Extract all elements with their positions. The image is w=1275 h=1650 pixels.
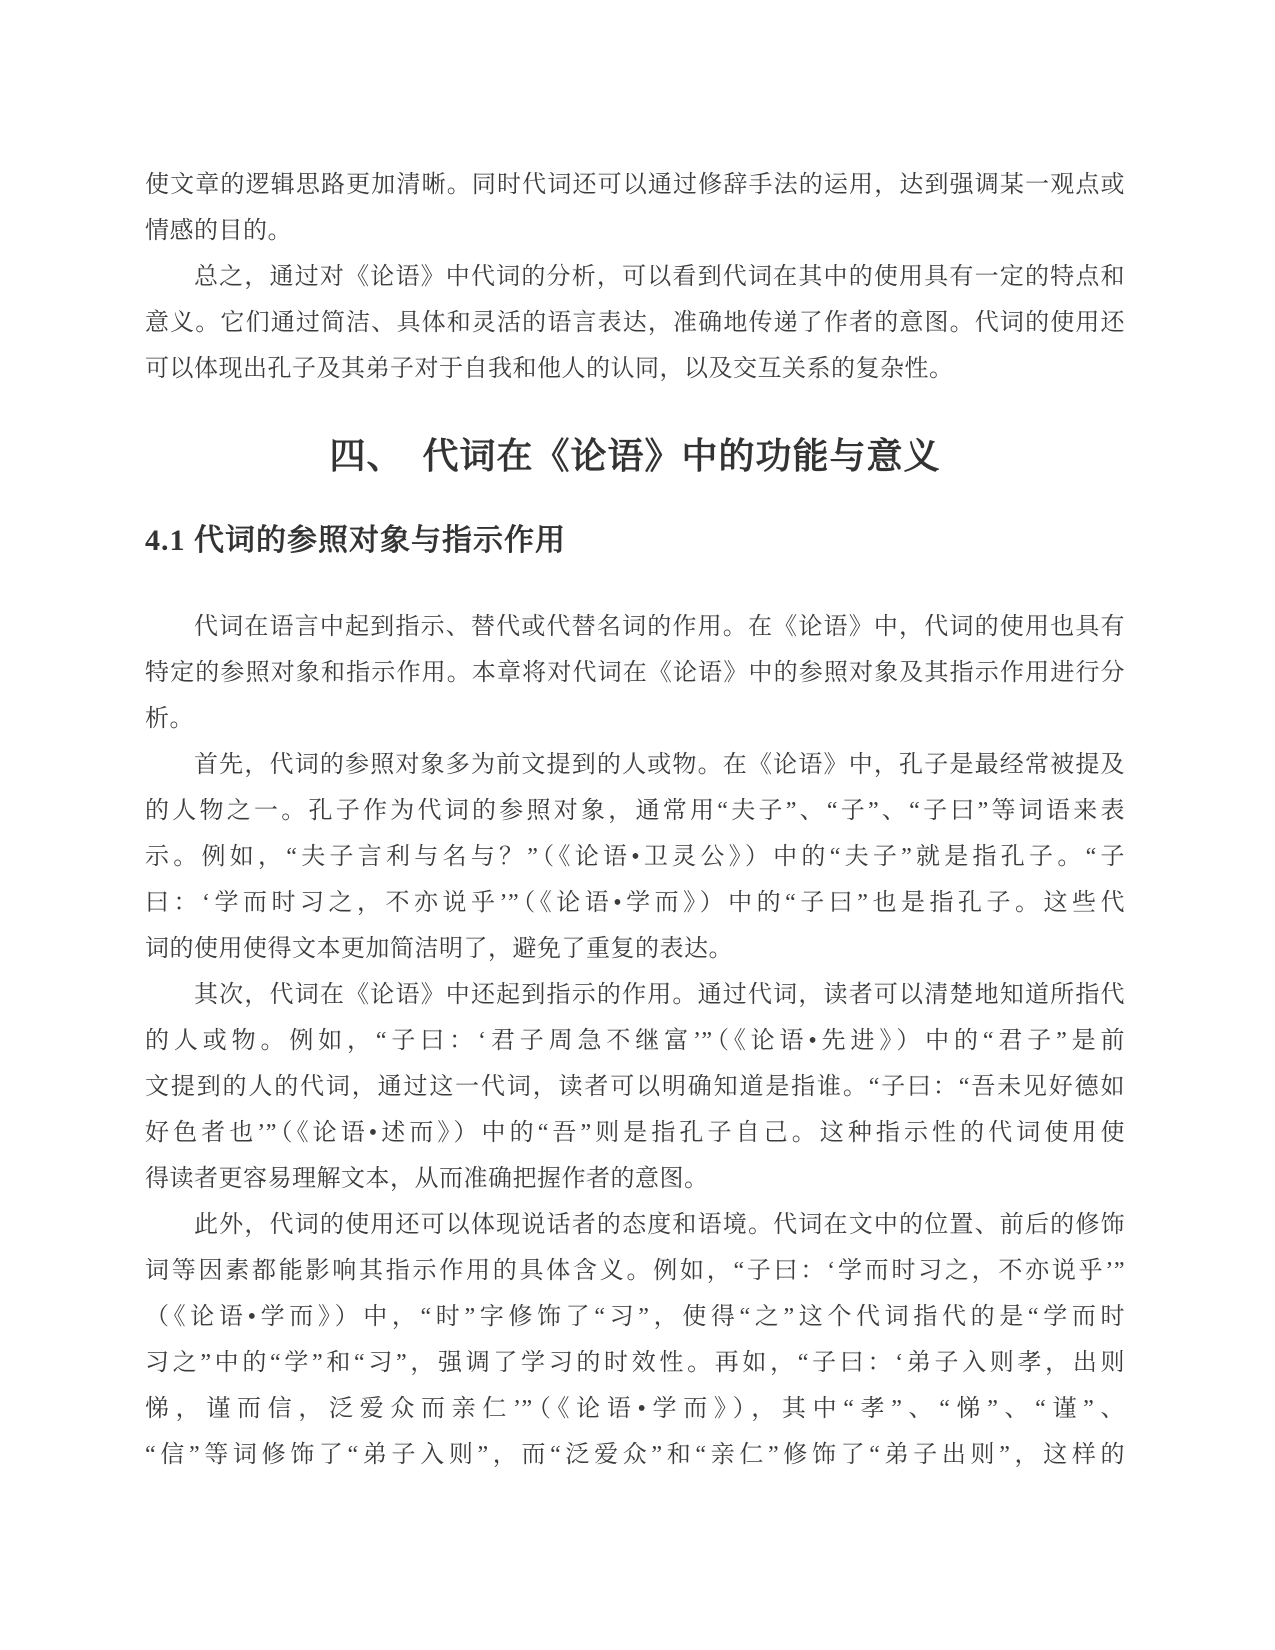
text-line: “信”等词修饰了“弟子入则”，而“泛爱众”和“亲仁”修饰了“弟子出则”，这样的 (145, 1432, 1125, 1478)
text-line: 析。 (145, 696, 1125, 742)
text-line: 文提到的人的代词，通过这一代词，读者可以明确知道是指谁。“子曰：“吾未见好德如 (145, 1064, 1125, 1110)
text-line: 其次，代词在《论语》中还起到指示的作用。通过代词，读者可以清楚地知道所指代 (145, 972, 1125, 1018)
text-line: 可以体现出孔子及其弟子对于自我和他人的认同，以及交互关系的复杂性。 (145, 346, 1125, 392)
text-line: 的人物之一。孔子作为代词的参照对象，通常用“夫子”、“子”、“子曰”等词语来表 (145, 788, 1125, 834)
text-line: 意义。它们通过简洁、具体和灵活的语言表达，准确地传递了作者的意图。代词的使用还 (145, 300, 1125, 346)
document-page: 使文章的逻辑思路更加清晰。同时代词还可以通过修辞手法的运用，达到强调某一观点或 … (0, 0, 1275, 1650)
section-heading: 4.1 代词的参照对象与指示作用 (145, 518, 1125, 564)
text-line: 曰：‘学而时习之，不亦说乎’”（《论语•学而》）中的“子曰”也是指孔子。这些代 (145, 880, 1125, 926)
text-line: 词等因素都能影响其指示作用的具体含义。例如，“子曰：‘学而时习之，不亦说乎’” (145, 1248, 1125, 1294)
text-line: 好色者也’”（《论语•述而》）中的“吾”则是指孔子自己。这种指示性的代词使用使 (145, 1110, 1125, 1156)
text-line: 示。例如，“夫子言利与名与？”（《论语•卫灵公》）中的“夫子”就是指孔子。“子 (145, 834, 1125, 880)
paragraph-summary: 总之，通过对《论语》中代词的分析，可以看到代词在其中的使用具有一定的特点和 意义… (145, 254, 1125, 392)
paragraph-first-point: 首先，代词的参照对象多为前文提到的人或物。在《论语》中，孔子是最经常被提及 的人… (145, 742, 1125, 972)
text-line: 悌，谨而信，泛爱众而亲仁’”（《论语•学而》），其中“孝”、“悌”、“谨”、 (145, 1386, 1125, 1432)
text-line: 得读者更容易理解文本，从而准确把握作者的意图。 (145, 1156, 1125, 1202)
section-body: 代词在语言中起到指示、替代或代替名词的作用。在《论语》中，代词的使用也具有 特定… (145, 604, 1125, 1478)
paragraph-continuation: 使文章的逻辑思路更加清晰。同时代词还可以通过修辞手法的运用，达到强调某一观点或 … (145, 162, 1125, 254)
text-line: 情感的目的。 (145, 208, 1125, 254)
text-line: （《论语•学而》）中，“时”字修饰了“习”，使得“之”这个代词指代的是“学而时 (145, 1294, 1125, 1340)
paragraph-third-point: 此外，代词的使用还可以体现说话者的态度和语境。代词在文中的位置、前后的修饰 词等… (145, 1202, 1125, 1478)
text-line: 特定的参照对象和指示作用。本章将对代词在《论语》中的参照对象及其指示作用进行分 (145, 650, 1125, 696)
paragraph-intro: 代词在语言中起到指示、替代或代替名词的作用。在《论语》中，代词的使用也具有 特定… (145, 604, 1125, 742)
text-line: 的人或物。例如，“子曰：‘君子周急不继富’”（《论语•先进》）中的“君子”是前 (145, 1018, 1125, 1064)
chapter-heading: 四、 代词在《论语》中的功能与意义 (145, 426, 1125, 486)
text-line: 使文章的逻辑思路更加清晰。同时代词还可以通过修辞手法的运用，达到强调某一观点或 (145, 162, 1125, 208)
text-line: 首先，代词的参照对象多为前文提到的人或物。在《论语》中，孔子是最经常被提及 (145, 742, 1125, 788)
text-line: 总之，通过对《论语》中代词的分析，可以看到代词在其中的使用具有一定的特点和 (145, 254, 1125, 300)
text-line: 此外，代词的使用还可以体现说话者的态度和语境。代词在文中的位置、前后的修饰 (145, 1202, 1125, 1248)
text-line: 词的使用使得文本更加简洁明了，避免了重复的表达。 (145, 926, 1125, 972)
paragraph-second-point: 其次，代词在《论语》中还起到指示的作用。通过代词，读者可以清楚地知道所指代 的人… (145, 972, 1125, 1202)
text-line: 习之”中的“学”和“习”，强调了学习的时效性。再如，“子曰：‘弟子入则孝，出则 (145, 1340, 1125, 1386)
text-line: 代词在语言中起到指示、替代或代替名词的作用。在《论语》中，代词的使用也具有 (145, 604, 1125, 650)
